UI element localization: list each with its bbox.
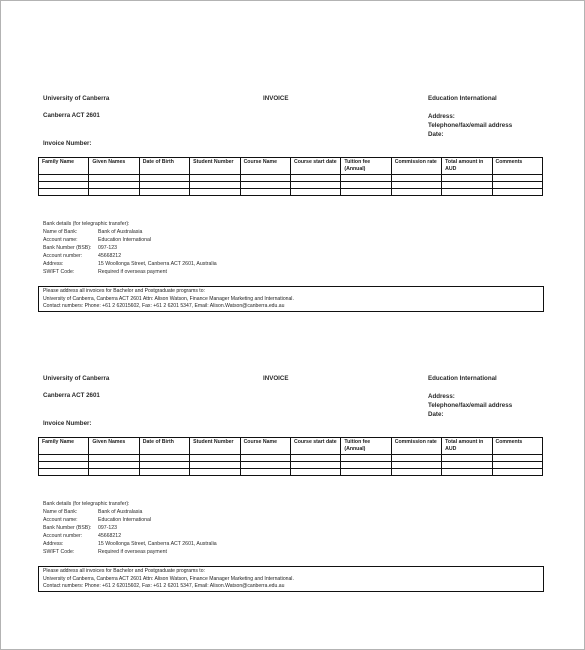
column-header: Total amount in AUD	[442, 438, 492, 455]
table-cell[interactable]	[391, 469, 441, 476]
table-cell[interactable]	[290, 175, 340, 182]
table-cell[interactable]	[39, 469, 89, 476]
recipient-field: Telephone/fax/email address	[428, 121, 512, 130]
table-cell[interactable]	[190, 455, 240, 462]
bank-field-value: 15 Woollonga Street, Canberra ACT 2601, …	[98, 540, 217, 548]
bank-field: Address:15 Woollonga Street, Canberra AC…	[43, 260, 217, 268]
recipient-name: Education International	[428, 95, 497, 102]
table-cell[interactable]	[89, 189, 139, 196]
table-cell[interactable]	[341, 462, 391, 469]
bank-field-value: Bank of Australasia	[98, 228, 142, 236]
column-header: Comments	[492, 438, 542, 455]
column-header: Course Name	[240, 158, 290, 175]
table-cell[interactable]	[240, 189, 290, 196]
table-cell[interactable]	[391, 189, 441, 196]
table-cell[interactable]	[442, 189, 492, 196]
bank-field-label: SWIFT Code:	[43, 548, 98, 556]
table-cell[interactable]	[492, 469, 542, 476]
bank-field: Name of Bank:Bank of Australasia	[43, 508, 217, 516]
student-invoice-table: Family NameGiven NamesDate of BirthStude…	[38, 157, 543, 196]
bank-field: Name of Bank:Bank of Australasia	[43, 228, 217, 236]
bank-field-value: 15 Woollonga Street, Canberra ACT 2601, …	[98, 260, 217, 268]
student-invoice-table: Family NameGiven NamesDate of BirthStude…	[38, 437, 543, 476]
table-cell[interactable]	[492, 189, 542, 196]
bank-details: Bank details (for telegraphic transfer):…	[43, 500, 217, 556]
billing-notes-box: Please address all invoices for Bachelor…	[38, 286, 544, 312]
recipient-name: Education International	[428, 375, 497, 382]
bank-field: Bank Number (BSB):097-123	[43, 524, 217, 532]
table-row	[39, 455, 543, 462]
table-cell[interactable]	[89, 462, 139, 469]
table-cell[interactable]	[240, 175, 290, 182]
column-header: Tuition fee (Annual)	[341, 438, 391, 455]
table-cell[interactable]	[442, 455, 492, 462]
bank-field-value: 45668212	[98, 252, 121, 260]
issuer-location: Canberra ACT 2601	[43, 392, 100, 399]
bank-field-label: Name of Bank:	[43, 228, 98, 236]
table-row	[39, 462, 543, 469]
invoice-copy: University of Canberra Canberra ACT 2601…	[0, 95, 585, 335]
table-cell[interactable]	[89, 182, 139, 189]
bank-field-label: Address:	[43, 540, 98, 548]
table-cell[interactable]	[89, 175, 139, 182]
table-cell[interactable]	[139, 462, 189, 469]
table-cell[interactable]	[139, 455, 189, 462]
table-cell[interactable]	[442, 175, 492, 182]
bank-field-value: Required if overseas payment	[98, 548, 167, 556]
table-cell[interactable]	[341, 455, 391, 462]
bank-field: Bank Number (BSB):097-123	[43, 244, 217, 252]
column-header: Family Name	[39, 438, 89, 455]
recipient-field: Address:	[428, 392, 512, 401]
column-header: Student Number	[190, 158, 240, 175]
column-header: Given Names	[89, 158, 139, 175]
table-cell[interactable]	[290, 182, 340, 189]
table-cell[interactable]	[492, 182, 542, 189]
column-header: Date of Birth	[139, 438, 189, 455]
table-cell[interactable]	[39, 175, 89, 182]
bank-field-value: Education International	[98, 236, 151, 244]
note-line: Contact numbers: Phone: +61 2 62015602, …	[43, 303, 539, 311]
table-cell[interactable]	[39, 189, 89, 196]
bank-field: Account number:45668212	[43, 532, 217, 540]
table-cell[interactable]	[290, 469, 340, 476]
table-cell[interactable]	[240, 469, 290, 476]
note-line: Contact numbers: Phone: +61 2 62015602, …	[43, 583, 539, 591]
bank-field-label: Account number:	[43, 252, 98, 260]
issuer-location: Canberra ACT 2601	[43, 112, 100, 119]
table-cell[interactable]	[391, 175, 441, 182]
invoice-number-label: Invoice Number:	[43, 420, 91, 427]
column-header: Date of Birth	[139, 158, 189, 175]
table-cell[interactable]	[341, 175, 391, 182]
column-header: Tuition fee (Annual)	[341, 158, 391, 175]
column-header: Student Number	[190, 438, 240, 455]
bank-field: Account name:Education International	[43, 236, 217, 244]
bank-field-label: Address:	[43, 260, 98, 268]
table-cell[interactable]	[341, 469, 391, 476]
issuer-name: University of Canberra	[43, 375, 109, 382]
table-cell[interactable]	[190, 462, 240, 469]
table-header-row: Family NameGiven NamesDate of BirthStude…	[39, 438, 543, 455]
bank-field-value: 097-123	[98, 524, 117, 532]
bank-field: Account name:Education International	[43, 516, 217, 524]
bank-field: SWIFT Code:Required if overseas payment	[43, 548, 217, 556]
table-cell[interactable]	[492, 462, 542, 469]
table-cell[interactable]	[190, 469, 240, 476]
invoice-number-label: Invoice Number:	[43, 140, 91, 147]
column-header: Total amount in AUD	[442, 158, 492, 175]
recipient-field: Date:	[428, 410, 512, 419]
bank-field-value: Required if overseas payment	[98, 268, 167, 276]
table-cell[interactable]	[391, 455, 441, 462]
column-header: Commission rate	[391, 438, 441, 455]
table-cell[interactable]	[341, 189, 391, 196]
table-cell[interactable]	[39, 455, 89, 462]
recipient-fields: Address:Telephone/fax/email addressDate:	[428, 112, 512, 139]
table-cell[interactable]	[492, 175, 542, 182]
table-row	[39, 182, 543, 189]
bank-details-heading: Bank details (for telegraphic transfer):	[43, 500, 217, 508]
table-cell[interactable]	[240, 455, 290, 462]
table-cell[interactable]	[391, 462, 441, 469]
bank-field: SWIFT Code:Required if overseas payment	[43, 268, 217, 276]
billing-notes-box: Please address all invoices for Bachelor…	[38, 566, 544, 592]
table-row	[39, 469, 543, 476]
column-header: Course start date	[290, 438, 340, 455]
recipient-fields: Address:Telephone/fax/email addressDate:	[428, 392, 512, 419]
bank-field-value: Bank of Australasia	[98, 508, 142, 516]
table-cell[interactable]	[139, 182, 189, 189]
bank-field-label: Bank Number (BSB):	[43, 524, 98, 532]
column-header: Course start date	[290, 158, 340, 175]
bank-field-value: 45668212	[98, 532, 121, 540]
table-cell[interactable]	[290, 462, 340, 469]
table-cell[interactable]	[290, 455, 340, 462]
table-row	[39, 175, 543, 182]
table-cell[interactable]	[391, 182, 441, 189]
bank-details: Bank details (for telegraphic transfer):…	[43, 220, 217, 276]
table-cell[interactable]	[139, 175, 189, 182]
recipient-field: Date:	[428, 130, 512, 139]
table-cell[interactable]	[139, 189, 189, 196]
table-cell[interactable]	[240, 182, 290, 189]
note-line: Please address all invoices for Bachelor…	[43, 288, 539, 296]
table-cell[interactable]	[341, 182, 391, 189]
bank-field-label: Account name:	[43, 516, 98, 524]
column-header: Commission rate	[391, 158, 441, 175]
table-row	[39, 189, 543, 196]
table-cell[interactable]	[89, 455, 139, 462]
note-line: Please address all invoices for Bachelor…	[43, 568, 539, 576]
bank-field-value: 097-123	[98, 244, 117, 252]
bank-field-label: Name of Bank:	[43, 508, 98, 516]
invoice-title: INVOICE	[263, 95, 288, 102]
column-header: Family Name	[39, 158, 89, 175]
table-header-row: Family NameGiven NamesDate of BirthStude…	[39, 158, 543, 175]
bank-field-label: Account number:	[43, 532, 98, 540]
note-line: University of Canberra, Canberra ACT 260…	[43, 296, 539, 304]
table-cell[interactable]	[442, 469, 492, 476]
invoice-copy: University of Canberra Canberra ACT 2601…	[0, 375, 585, 615]
column-header: Given Names	[89, 438, 139, 455]
table-cell[interactable]	[139, 469, 189, 476]
column-header: Comments	[492, 158, 542, 175]
table-cell[interactable]	[89, 469, 139, 476]
bank-field-label: Bank Number (BSB):	[43, 244, 98, 252]
table-cell[interactable]	[190, 175, 240, 182]
bank-field: Account number:45668212	[43, 252, 217, 260]
table-cell[interactable]	[190, 189, 240, 196]
column-header: Course Name	[240, 438, 290, 455]
table-cell[interactable]	[39, 182, 89, 189]
bank-details-heading: Bank details (for telegraphic transfer):	[43, 220, 217, 228]
table-body	[39, 455, 543, 476]
table-body	[39, 175, 543, 196]
table-cell[interactable]	[442, 182, 492, 189]
table-cell[interactable]	[190, 182, 240, 189]
table-cell[interactable]	[442, 462, 492, 469]
issuer-name: University of Canberra	[43, 95, 109, 102]
recipient-field: Address:	[428, 112, 512, 121]
bank-field-value: Education International	[98, 516, 151, 524]
table-cell[interactable]	[492, 455, 542, 462]
bank-field-label: SWIFT Code:	[43, 268, 98, 276]
table-cell[interactable]	[290, 189, 340, 196]
note-line: University of Canberra, Canberra ACT 260…	[43, 576, 539, 584]
invoice-title: INVOICE	[263, 375, 288, 382]
table-cell[interactable]	[240, 462, 290, 469]
bank-field: Address:15 Woollonga Street, Canberra AC…	[43, 540, 217, 548]
bank-field-label: Account name:	[43, 236, 98, 244]
recipient-field: Telephone/fax/email address	[428, 401, 512, 410]
table-cell[interactable]	[39, 462, 89, 469]
